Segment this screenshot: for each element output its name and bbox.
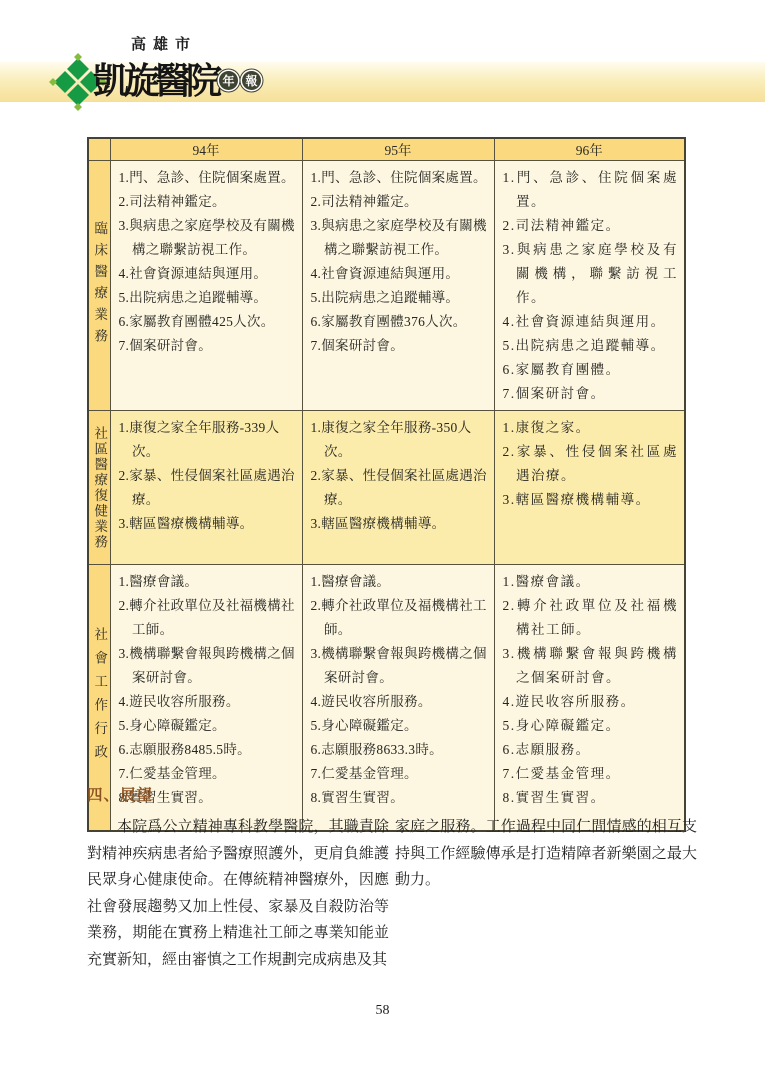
year-header-95: 95年 (302, 138, 494, 161)
list-item: 1.門、急診、住院個案處置。 (503, 166, 679, 214)
report-page: { "header": { "city": "高雄市", "hospital":… (0, 0, 765, 1073)
table-cell: 1.門、急診、住院個案處置。2.司法精神鑑定。3.與病患之家庭學校及有關機構之聯… (302, 161, 494, 411)
badge-report: 報 (242, 71, 261, 90)
list-item: 5.身心障礙鑑定。 (311, 714, 488, 738)
list-item: 6.志願服務8633.3時。 (311, 738, 488, 762)
annual-comparison-table: 94年 95年 96年 臨床醫療業務 1.門、急診、住院個案處置。2.司法精神鑑… (87, 137, 686, 832)
list-item: 5.出院病患之追蹤輔導。 (503, 334, 679, 358)
list-item: 3.轄區醫療機構輔導。 (503, 488, 679, 512)
list-item: 2.轉介社政單位及社福機構社工師。 (503, 594, 679, 642)
category-label: 臨床醫療業務 (88, 161, 110, 411)
list-item: 7.個案研討會。 (503, 382, 679, 406)
table-cell: 1.門、急診、住院個案處置。2.司法精神鑑定。3.與病患之家庭學校及有關機構，聯… (494, 161, 685, 411)
list-item: 3.機構聯繫會報與跨機構之個案研討會。 (119, 642, 296, 690)
list-item: 3.機構聯繫會報與跨機構之個案研討會。 (503, 642, 679, 690)
list-item: 5.出院病患之追蹤輔導。 (311, 286, 488, 310)
list-item: 3.與病患之家庭學校及有關機構，聯繫訪視工作。 (503, 238, 679, 310)
list-item: 1.門、急診、住院個案處置。 (311, 166, 488, 190)
table-cell: 1.門、急診、住院個案處置。2.司法精神鑑定。3.與病患之家庭學校及有關機構之聯… (110, 161, 302, 411)
corner-cell (88, 138, 110, 161)
list-item: 1.康復之家全年服務-339人次。 (119, 416, 296, 464)
region-label: 高雄市 (131, 33, 197, 54)
list-item: 1.醫療會議。 (119, 570, 296, 594)
list-item: 2.司法精神鑑定。 (119, 190, 296, 214)
list-item: 6.志願服務。 (503, 738, 679, 762)
annual-report-badges: 年 報 (219, 71, 261, 90)
year-header-96: 96年 (494, 138, 685, 161)
table-cell: 1.康復之家全年服務-350人次。2.家暴、性侵個案社區處遇治療。3.轄區醫療機… (302, 411, 494, 565)
year-header-94: 94年 (110, 138, 302, 161)
list-item: 2.轉介社政單位及社福機構社工師。 (119, 594, 296, 642)
list-item: 2.司法精神鑑定。 (503, 214, 679, 238)
list-item: 6.家屬教育團體425人次。 (119, 310, 296, 334)
page-number: 58 (0, 1003, 765, 1019)
table-row: 社區醫療復健業務 1.康復之家全年服務-339人次。2.家暴、性侵個案社區處遇治… (88, 411, 685, 565)
list-item: 5.出院病患之追蹤輔導。 (119, 286, 296, 310)
list-item: 7.個案研討會。 (119, 334, 296, 358)
list-item: 4.社會資源連結與運用。 (311, 262, 488, 286)
table-cell: 1.康復之家。2.家暴、性侵個案社區處遇治療。3.轄區醫療機構輔導。 (494, 411, 685, 565)
outlook-title: 四、展望 (87, 783, 697, 805)
list-item: 3.轄區醫療機構輔導。 (311, 512, 488, 536)
list-item: 2.司法精神鑑定。 (311, 190, 488, 214)
table-row: 臨床醫療業務 1.門、急診、住院個案處置。2.司法精神鑑定。3.與病患之家庭學校… (88, 161, 685, 411)
list-item: 6.家屬教育團體。 (503, 358, 679, 382)
list-item: 1.醫療會議。 (311, 570, 488, 594)
list-item: 2.家暴、性侵個案社區處遇治療。 (311, 464, 488, 512)
outlook-paragraph-left: 本院爲公立精神專科教學醫院，其職責除對精神疾病患者給予醫療照護外，更肩負維護民眾… (87, 814, 389, 973)
category-label: 社區醫療復健業務 (88, 411, 110, 565)
list-item: 1.門、急診、住院個案處置。 (119, 166, 296, 190)
list-item: 5.身心障礙鑑定。 (503, 714, 679, 738)
list-item: 4.遊民收容所服務。 (119, 690, 296, 714)
list-item: 4.遊民收容所服務。 (311, 690, 488, 714)
outlook-text-left: 本院爲公立精神專科教學醫院，其職責除對精神疾病患者給予醫療照護外，更肩負維護民眾… (87, 814, 389, 973)
table-header-row: 94年 95年 96年 (88, 138, 685, 161)
list-item: 1.康復之家。 (503, 416, 679, 440)
list-item: 4.社會資源連結與運用。 (503, 310, 679, 334)
list-item: 3.機構聯繫會報與跨機構之個案研討會。 (311, 642, 488, 690)
list-item: 5.身心障礙鑑定。 (119, 714, 296, 738)
list-item: 4.遊民收容所服務。 (503, 690, 679, 714)
list-item: 2.家暴、性侵個案社區處遇治療。 (119, 464, 296, 512)
list-item: 4.社會資源連結與運用。 (119, 262, 296, 286)
list-item: 3.與病患之家庭學校及有關機構之聯繫訪視工作。 (311, 214, 488, 262)
list-item: 3.轄區醫療機構輔導。 (119, 512, 296, 536)
list-item: 3.與病患之家庭學校及有關機構之聯繫訪視工作。 (119, 214, 296, 262)
list-item: 2.家暴、性侵個案社區處遇治療。 (503, 440, 679, 488)
list-item: 1.醫療會議。 (503, 570, 679, 594)
badge-year: 年 (219, 71, 238, 90)
list-item: 2.轉介社政單位及福機構社工師。 (311, 594, 488, 642)
hospital-name: 凱旋醫院 (93, 53, 217, 104)
list-item: 6.家屬教育團體376人次。 (311, 310, 488, 334)
table-cell: 1.康復之家全年服務-339人次。2.家暴、性侵個案社區處遇治療。3.轄區醫療機… (110, 411, 302, 565)
outlook-text-right: 家庭之服務。工作過程中同仁間情感的相互支持與工作經驗傳承是打造精障者新樂園之最大… (395, 814, 697, 894)
list-item: 6.志願服務8485.5時。 (119, 738, 296, 762)
list-item: 1.康復之家全年服務-350人次。 (311, 416, 488, 464)
list-item: 7.個案研討會。 (311, 334, 488, 358)
outlook-section: 四、展望 本院爲公立精神專科教學醫院，其職責除對精神疾病患者給予醫療照護外，更肩… (87, 783, 697, 973)
outlook-paragraph-right: 家庭之服務。工作過程中同仁間情感的相互支持與工作經驗傳承是打造精障者新樂園之最大… (395, 814, 697, 973)
